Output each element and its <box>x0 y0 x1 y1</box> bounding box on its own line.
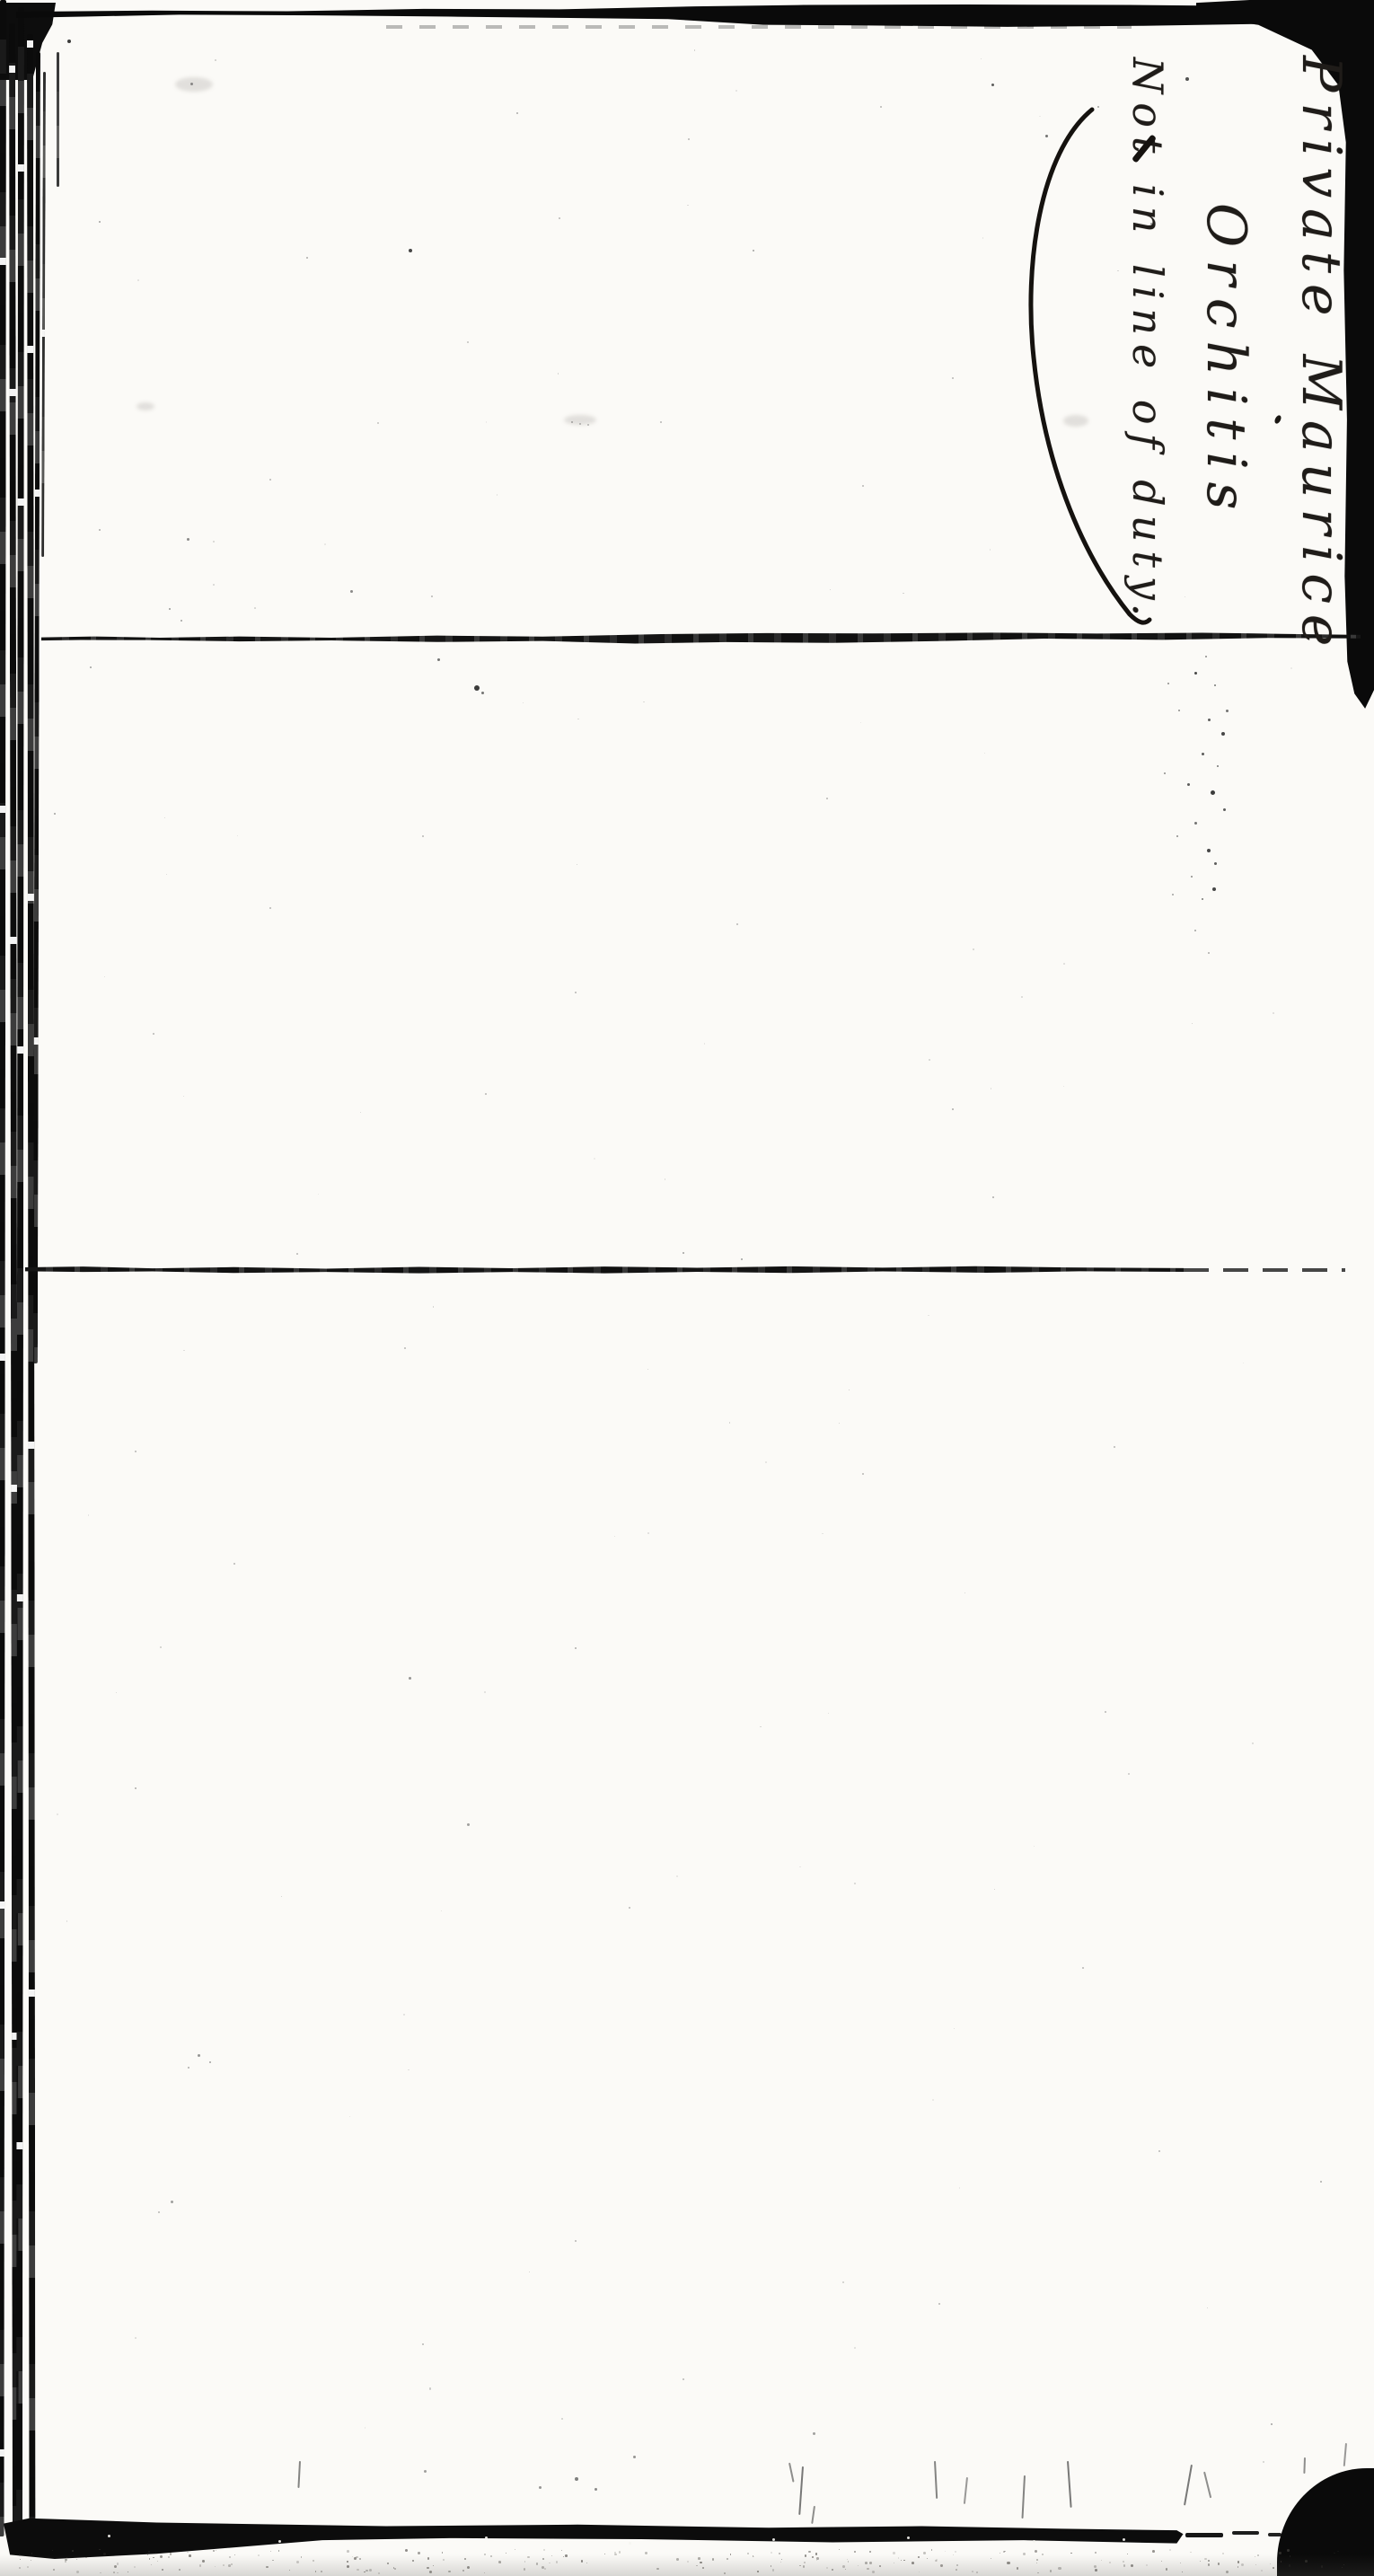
speck <box>170 2553 172 2555</box>
speck <box>90 666 92 668</box>
speck <box>880 106 882 108</box>
speck <box>558 373 559 375</box>
speck <box>1180 2563 1181 2563</box>
speck <box>231 2563 233 2565</box>
speck <box>854 1883 856 1884</box>
speck <box>258 2554 260 2556</box>
speck <box>424 2470 427 2473</box>
scratch-mark <box>964 2477 968 2504</box>
speck <box>1212 887 1216 891</box>
speck <box>903 2560 905 2562</box>
speck <box>1192 1023 1193 1025</box>
scratch-mark <box>811 2506 815 2524</box>
speck <box>849 1389 850 1390</box>
speck <box>1271 2423 1273 2425</box>
speck <box>378 2572 380 2574</box>
speck <box>137 279 139 281</box>
speck <box>1217 765 1219 767</box>
speck <box>359 2558 361 2560</box>
speck <box>730 2554 731 2554</box>
speck <box>88 1514 90 1516</box>
speck <box>1164 772 1166 774</box>
speck <box>727 2558 728 2560</box>
speck <box>66 1920 67 1921</box>
speck <box>1158 2150 1160 2152</box>
speck <box>1207 2307 1208 2308</box>
speck <box>1214 862 1217 865</box>
speck <box>1273 2567 1274 2569</box>
speck <box>912 2562 914 2564</box>
speck <box>1223 808 1226 811</box>
speck <box>826 798 828 799</box>
speck <box>581 2560 584 2563</box>
speck <box>529 2272 530 2272</box>
speck <box>865 2562 868 2564</box>
speck <box>1226 710 1229 712</box>
speck <box>860 722 861 723</box>
speck <box>561 2418 563 2420</box>
speck <box>1194 822 1197 825</box>
speck <box>1287 2549 1290 2552</box>
speck <box>1185 77 1189 81</box>
speck <box>1211 790 1215 795</box>
speck <box>1252 1742 1254 1744</box>
speck <box>1205 656 1207 657</box>
speck <box>269 479 271 481</box>
speck <box>108 2535 110 2537</box>
speck <box>1237 2561 1240 2563</box>
speck <box>72 2550 74 2552</box>
speck <box>1342 2567 1343 2568</box>
speck <box>318 1194 320 1195</box>
speck <box>929 1059 930 1061</box>
speck <box>1050 2570 1052 2572</box>
speck <box>198 2054 200 2057</box>
speck <box>643 701 645 703</box>
speck <box>1042 2554 1044 2555</box>
speck <box>956 2564 958 2566</box>
speck <box>683 2378 684 2380</box>
speck <box>862 1473 864 1475</box>
speck <box>19 2554 21 2556</box>
speck <box>1263 2461 1264 2463</box>
speck <box>561 2550 562 2551</box>
speck <box>1117 270 1119 272</box>
speck <box>779 2553 780 2554</box>
speck <box>1023 2553 1026 2555</box>
speck <box>443 2559 445 2561</box>
speck <box>394 2568 397 2571</box>
speck <box>1270 2563 1271 2564</box>
speck <box>704 1043 706 1045</box>
speck <box>1178 710 1180 711</box>
speck <box>215 2566 216 2567</box>
scratch-mark <box>1021 2475 1025 2519</box>
speck <box>1007 2562 1009 2564</box>
speck <box>270 2551 271 2552</box>
speck <box>153 1033 154 1035</box>
speck <box>393 2567 394 2568</box>
speck <box>114 2565 117 2568</box>
speck <box>135 1451 137 1452</box>
speck <box>67 40 71 43</box>
speck <box>614 1536 615 1537</box>
speck <box>237 835 238 836</box>
speck <box>418 2552 420 2554</box>
speck <box>160 1646 162 1648</box>
speck <box>347 2550 349 2553</box>
speck <box>1273 1012 1274 1014</box>
speck <box>350 590 353 593</box>
speck <box>153 2557 154 2559</box>
speck <box>565 2554 568 2557</box>
speck <box>1037 2572 1039 2574</box>
speck <box>1082 1967 1084 1969</box>
speck <box>629 1907 630 1909</box>
speck <box>254 607 256 609</box>
speck <box>847 2559 848 2560</box>
speck <box>527 2556 530 2559</box>
speck <box>467 2566 470 2569</box>
speck <box>803 2565 806 2568</box>
speck <box>1063 1086 1065 1088</box>
speck <box>828 1713 829 1714</box>
speck <box>799 2565 801 2567</box>
scanned-page: Private Maurice Orchitis Not in line of … <box>0 0 1374 2576</box>
speck <box>687 205 688 206</box>
speck <box>324 543 326 545</box>
speck <box>1095 2552 1097 2554</box>
speck <box>347 2561 348 2563</box>
speck <box>964 1592 965 1593</box>
speck <box>360 1112 361 1113</box>
speck <box>954 2028 955 2029</box>
speck <box>1343 2564 1344 2565</box>
speck <box>1095 2569 1097 2572</box>
speck <box>484 2554 486 2555</box>
speck <box>1243 1363 1244 1363</box>
speck <box>1021 996 1023 998</box>
scratch-mark <box>788 2463 794 2483</box>
speck <box>575 992 577 993</box>
speck <box>431 595 433 597</box>
speck <box>757 2571 759 2572</box>
speck <box>945 2551 947 2553</box>
speck <box>213 584 215 586</box>
speck <box>135 2337 137 2339</box>
speck <box>645 2552 647 2554</box>
speck <box>575 2477 578 2481</box>
speck <box>1226 2571 1229 2573</box>
speck <box>104 976 105 977</box>
speck <box>1185 596 1185 597</box>
speck <box>179 2569 181 2571</box>
speck <box>1289 2564 1290 2566</box>
speck <box>523 702 524 703</box>
speck <box>408 2069 409 2070</box>
speck <box>984 753 985 754</box>
speck <box>981 58 982 59</box>
speck <box>858 2565 859 2566</box>
speck <box>485 2536 488 2539</box>
speck <box>183 1350 185 1352</box>
speck <box>1131 2564 1133 2567</box>
speck <box>595 2488 597 2491</box>
speck <box>1241 2563 1244 2566</box>
speck <box>234 2554 235 2555</box>
speck <box>940 2564 942 2566</box>
speck <box>867 2568 869 2571</box>
speck <box>575 1647 577 1649</box>
speck <box>148 2551 150 2553</box>
speck <box>765 1461 767 1463</box>
speck <box>437 658 440 661</box>
speck <box>76 2559 77 2560</box>
speck <box>1279 2552 1282 2554</box>
speck <box>647 1369 648 1370</box>
speck <box>771 2565 772 2567</box>
speck <box>366 2570 367 2572</box>
speck <box>516 112 518 114</box>
speck <box>164 817 165 818</box>
speck <box>619 2551 621 2554</box>
speck <box>736 923 738 925</box>
speck <box>467 1823 470 1826</box>
speck <box>365 2427 366 2428</box>
speck <box>1334 2553 1334 2554</box>
speck <box>187 538 189 541</box>
speck <box>1101 2560 1102 2561</box>
speck <box>481 692 484 694</box>
speck <box>464 2558 467 2561</box>
speck <box>497 494 498 496</box>
speck <box>412 2560 414 2562</box>
speck <box>27 2566 29 2568</box>
speck <box>724 2572 726 2574</box>
speck <box>812 2556 814 2558</box>
speck <box>422 2343 424 2345</box>
speck <box>771 2552 772 2554</box>
speck <box>484 2572 485 2573</box>
speck <box>1045 135 1048 137</box>
speck <box>427 2567 428 2569</box>
speck <box>1255 2564 1256 2565</box>
speck <box>190 83 193 85</box>
speck <box>629 2542 631 2545</box>
speck <box>1321 2565 1323 2567</box>
speck <box>135 1787 137 1789</box>
speck <box>594 1158 595 1160</box>
speck <box>539 2486 542 2489</box>
speck <box>952 377 954 379</box>
speck <box>869 2562 872 2564</box>
speck <box>826 2567 828 2569</box>
speck <box>65 2559 67 2562</box>
speck <box>103 2553 106 2555</box>
speck <box>31 2553 33 2554</box>
speck <box>187 2552 188 2553</box>
speck <box>171 2201 173 2203</box>
speck <box>99 529 101 531</box>
speck <box>404 1347 406 1349</box>
speck <box>427 2557 430 2560</box>
speck <box>1208 2560 1210 2562</box>
speck <box>1114 1446 1115 1448</box>
speck <box>1182 2572 1183 2572</box>
speck <box>544 2568 546 2570</box>
speck <box>1191 876 1193 878</box>
speck <box>1257 2554 1259 2556</box>
speck <box>1207 849 1211 852</box>
speck <box>134 2566 137 2569</box>
speck <box>189 2554 191 2557</box>
speck <box>982 237 983 238</box>
speck <box>559 217 560 219</box>
speck <box>1058 2567 1061 2570</box>
speck <box>1167 683 1169 684</box>
speck <box>1127 2554 1128 2554</box>
speck <box>147 2554 148 2555</box>
speck <box>116 1692 118 1694</box>
speck <box>702 2567 704 2569</box>
speck <box>804 2562 806 2563</box>
speck <box>1070 2553 1072 2554</box>
speck <box>587 424 589 426</box>
speck <box>839 2549 840 2550</box>
speck <box>157 2561 158 2562</box>
speck <box>99 2549 100 2550</box>
speck <box>647 1532 649 1534</box>
speck <box>296 2561 299 2563</box>
speck <box>199 2564 202 2567</box>
speck <box>433 1306 434 1307</box>
speck <box>53 2569 56 2572</box>
speck <box>117 2572 118 2573</box>
speck <box>747 2553 749 2554</box>
speck <box>1000 2553 1000 2554</box>
speck <box>1176 835 1178 837</box>
speck <box>542 2558 544 2560</box>
speck <box>1255 2556 1255 2557</box>
speck <box>959 2187 960 2188</box>
speck <box>991 84 994 86</box>
speck <box>409 1677 411 1680</box>
speck <box>364 2572 365 2572</box>
speck <box>676 2558 679 2561</box>
speck <box>1094 2565 1097 2568</box>
speck <box>956 2569 957 2571</box>
speck <box>1063 963 1065 965</box>
speck <box>1202 898 1203 900</box>
speck <box>66 2557 67 2558</box>
speck <box>805 2554 806 2556</box>
speck <box>484 1691 486 1693</box>
speck <box>869 2551 871 2553</box>
speck <box>1281 2561 1282 2562</box>
speck <box>486 421 488 423</box>
speck <box>1123 2564 1125 2566</box>
scratch-mark <box>1343 2443 1347 2466</box>
speck <box>155 2552 156 2553</box>
speck <box>854 2347 856 2349</box>
speck <box>474 685 480 691</box>
speck <box>524 2561 526 2563</box>
speck <box>808 2551 811 2554</box>
speck <box>923 2552 926 2554</box>
speck <box>696 2565 697 2566</box>
speck <box>1166 2568 1168 2571</box>
speck <box>907 2536 910 2539</box>
speck <box>313 2560 315 2563</box>
speck <box>938 2303 940 2305</box>
speck <box>524 2568 525 2570</box>
speck <box>1172 894 1174 895</box>
speck <box>278 2550 279 2551</box>
speck <box>1169 2549 1171 2551</box>
speck <box>54 813 56 815</box>
speck <box>233 1563 235 1565</box>
speck <box>76 2571 79 2573</box>
speck <box>377 422 379 424</box>
speck <box>1222 2553 1224 2554</box>
speck <box>357 2569 359 2572</box>
speck <box>1036 2559 1038 2561</box>
speck <box>660 421 662 423</box>
speck <box>1123 2538 1125 2541</box>
speck <box>149 2558 151 2560</box>
dust-speckle-layer <box>0 0 1374 2576</box>
speck <box>181 620 182 622</box>
speck <box>266 2566 268 2568</box>
speck <box>223 2564 225 2566</box>
speck <box>536 2563 539 2565</box>
speck <box>306 257 308 259</box>
speck <box>928 1315 929 1316</box>
speck <box>1320 2181 1322 2183</box>
speck <box>1208 952 1210 954</box>
speck <box>1035 2550 1037 2553</box>
speck <box>57 1813 58 1815</box>
scratch-mark <box>1184 2465 1193 2506</box>
scratch-mark <box>1203 2472 1211 2498</box>
speck <box>429 2571 432 2573</box>
speck <box>563 2556 564 2557</box>
speck <box>780 2562 781 2563</box>
speck <box>462 2570 464 2572</box>
speck <box>209 2061 211 2063</box>
speck <box>369 2569 372 2572</box>
speck <box>1221 732 1225 736</box>
speck <box>1128 1773 1130 1775</box>
speck <box>927 2558 928 2559</box>
speck <box>556 2561 558 2563</box>
speck <box>781 2559 783 2561</box>
speck <box>700 2562 702 2564</box>
speck <box>1033 2540 1035 2543</box>
speck <box>1290 667 1292 669</box>
speck <box>289 2570 290 2571</box>
speck <box>953 2554 954 2555</box>
speck <box>1208 2563 1211 2566</box>
speck <box>1034 1846 1035 1847</box>
speck <box>931 2549 932 2550</box>
speck <box>1123 2561 1124 2563</box>
speck <box>698 2557 700 2560</box>
speck <box>1237 2566 1239 2568</box>
speck <box>633 2456 636 2458</box>
speck <box>215 59 216 61</box>
speck <box>99 221 101 223</box>
